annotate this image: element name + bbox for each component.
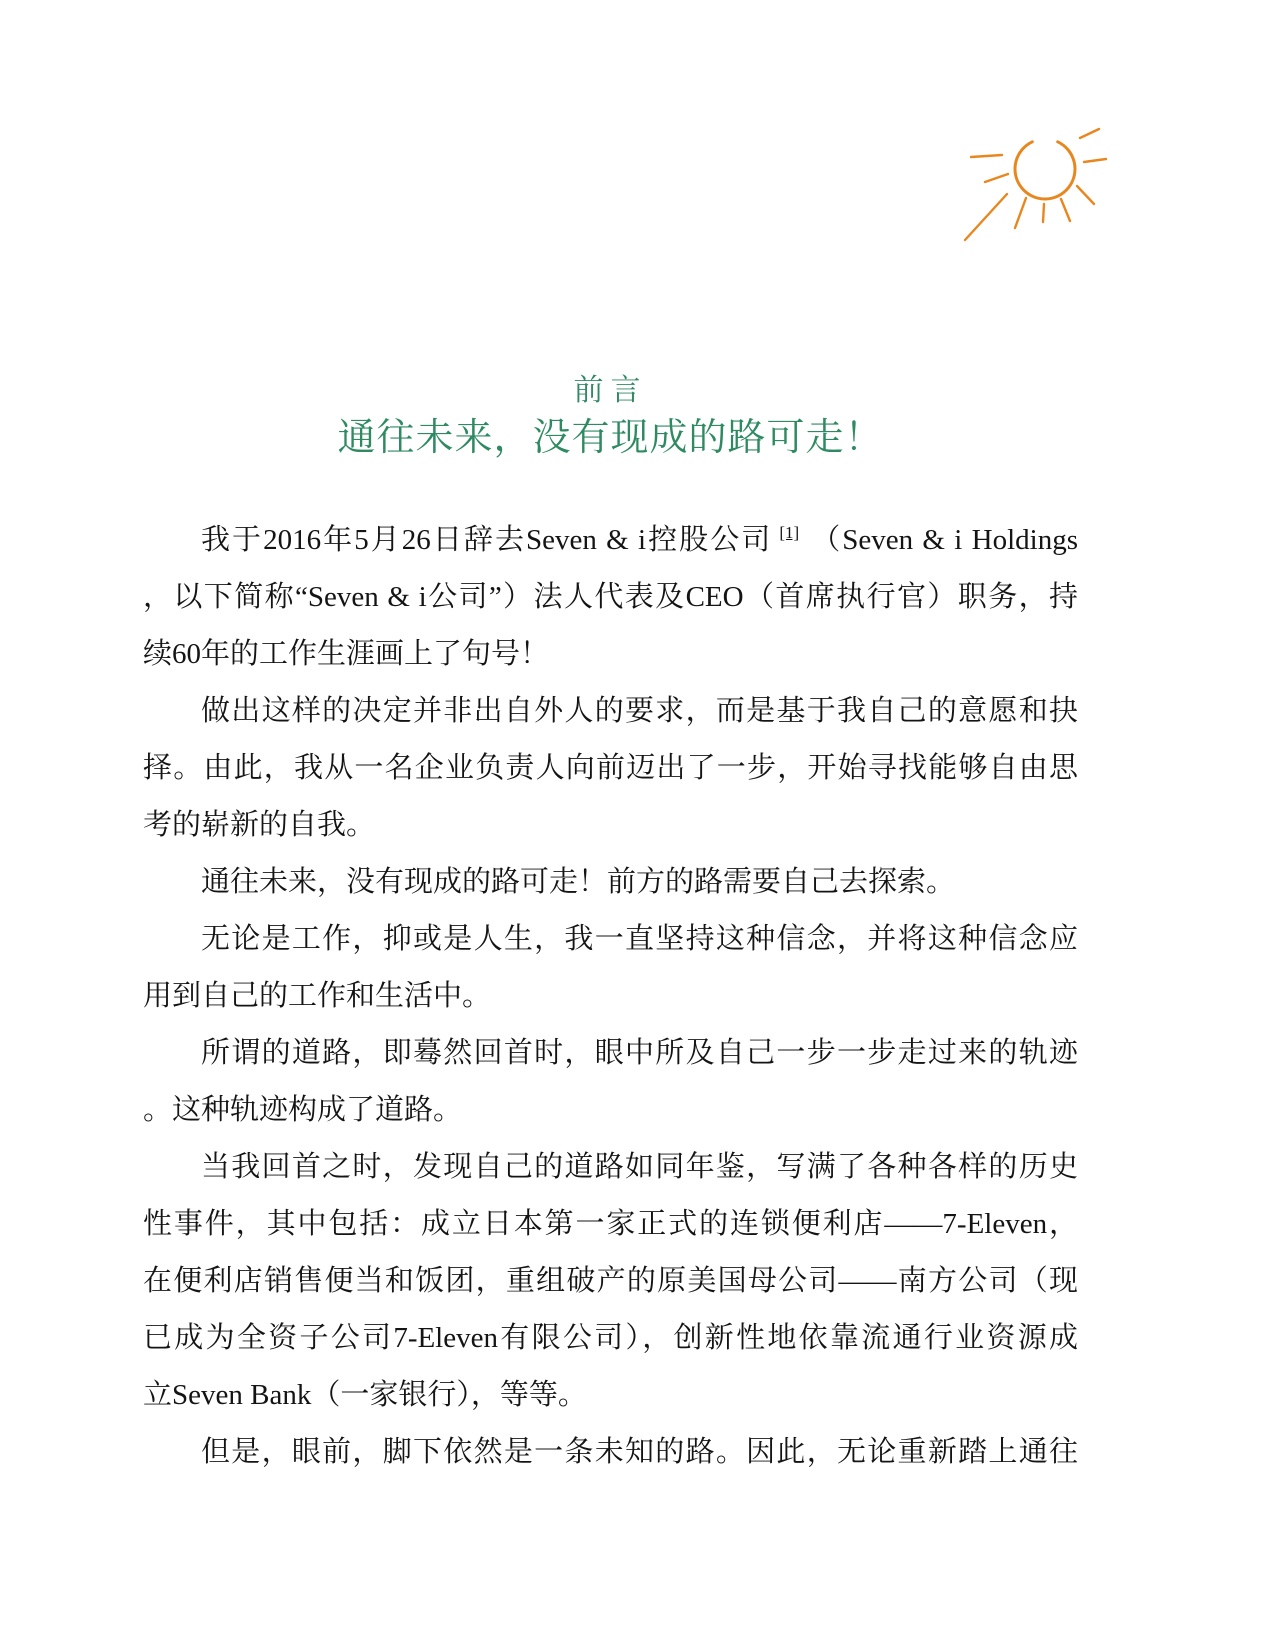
text-line: ，以下简称“Seven & i公司”）法人代表及CEO（首席执行官）职务，持 <box>143 569 1078 626</box>
book-page: 前言 通往未来，没有现成的路可走！ 我于2016年5月26日辞去Seven & … <box>0 0 1275 1650</box>
text-run: 做出这样的决定并非出自外人的要求，而是基于我自己的意愿和抉 <box>201 695 1078 727</box>
chapter-header: 前言 通往未来，没有现成的路可走！ <box>143 372 1078 462</box>
text-run: 但是，眼前，脚下依然是一条未知的路。因此，无论重新踏上通往 <box>201 1436 1078 1468</box>
section-label: 前言 <box>143 372 1078 410</box>
text-run: 当我回首之时，发现自己的道路如同年鉴，写满了各种各样的历史 <box>201 1151 1078 1183</box>
text-line: 。这种轨迹构成了道路。 <box>143 1082 1078 1139</box>
footnote-ref-1[interactable]: [1] <box>779 523 799 542</box>
text-line: 择。由此，我从一名企业负责人向前迈出了一步，开始寻找能够自由思 <box>143 740 1078 797</box>
text-run: 考的崭新的自我。 <box>143 809 375 841</box>
text-line: 无论是工作，抑或是人生，我一直坚持这种信念，并将这种信念应 <box>143 911 1078 968</box>
text-run: 立Seven Bank（一家银行），等等。 <box>143 1379 587 1411</box>
text-run: 。这种轨迹构成了道路。 <box>143 1094 462 1126</box>
text-run: 续60年的工作生涯画上了句号！ <box>143 638 549 670</box>
text-run: 无论是工作，抑或是人生，我一直坚持这种信念，并将这种信念应 <box>201 923 1078 955</box>
text-line: 当我回首之时，发现自己的道路如同年鉴，写满了各种各样的历史 <box>143 1139 1078 1196</box>
text-run: 在便利店销售便当和饭团，重组破产的原美国母公司——南方公司（现 <box>143 1265 1078 1297</box>
body-text: 我于2016年5月26日辞去Seven & i控股公司[1]（Seven & i… <box>143 512 1078 1481</box>
text-line: 我于2016年5月26日辞去Seven & i控股公司[1]（Seven & i… <box>143 512 1078 569</box>
sun-icon <box>903 120 1108 248</box>
text-line: 性事件，其中包括：成立日本第一家正式的连锁便利店——7-Eleven， <box>143 1196 1078 1253</box>
text-run: 性事件，其中包括：成立日本第一家正式的连锁便利店——7-Eleven， <box>143 1208 1078 1240</box>
text-run: 所谓的道路，即蓦然回首时，眼中所及自己一步一步走过来的轨迹 <box>201 1037 1078 1069</box>
text-run: （Seven & i Holdings <box>809 524 1078 556</box>
text-run: 我于2016年5月26日辞去Seven & i控股公司 <box>201 524 772 556</box>
text-line: 用到自己的工作和生活中。 <box>143 968 1078 1025</box>
text-run: 用到自己的工作和生活中。 <box>143 980 491 1012</box>
text-line: 立Seven Bank（一家银行），等等。 <box>143 1367 1078 1424</box>
text-run: 通往未来，没有现成的路可走！前方的路需要自己去探索。 <box>201 866 955 898</box>
text-run: 已成为全资子公司7-Eleven有限公司），创新性地依靠流通行业资源成 <box>143 1322 1078 1354</box>
text-line: 考的崭新的自我。 <box>143 797 1078 854</box>
text-line: 但是，眼前，脚下依然是一条未知的路。因此，无论重新踏上通往 <box>143 1424 1078 1481</box>
text-line: 做出这样的决定并非出自外人的要求，而是基于我自己的意愿和抉 <box>143 683 1078 740</box>
text-line: 已成为全资子公司7-Eleven有限公司），创新性地依靠流通行业资源成 <box>143 1310 1078 1367</box>
text-run: 择。由此，我从一名企业负责人向前迈出了一步，开始寻找能够自由思 <box>143 752 1078 784</box>
text-line: 所谓的道路，即蓦然回首时，眼中所及自己一步一步走过来的轨迹 <box>143 1025 1078 1082</box>
text-run: ，以下简称“Seven & i公司”）法人代表及CEO（首席执行官）职务，持 <box>143 581 1078 613</box>
page-title: 通往未来，没有现成的路可走！ <box>143 414 1078 462</box>
text-line: 在便利店销售便当和饭团，重组破产的原美国母公司——南方公司（现 <box>143 1253 1078 1310</box>
text-line: 通往未来，没有现成的路可走！前方的路需要自己去探索。 <box>143 854 1078 911</box>
text-line: 续60年的工作生涯画上了句号！ <box>143 626 1078 683</box>
